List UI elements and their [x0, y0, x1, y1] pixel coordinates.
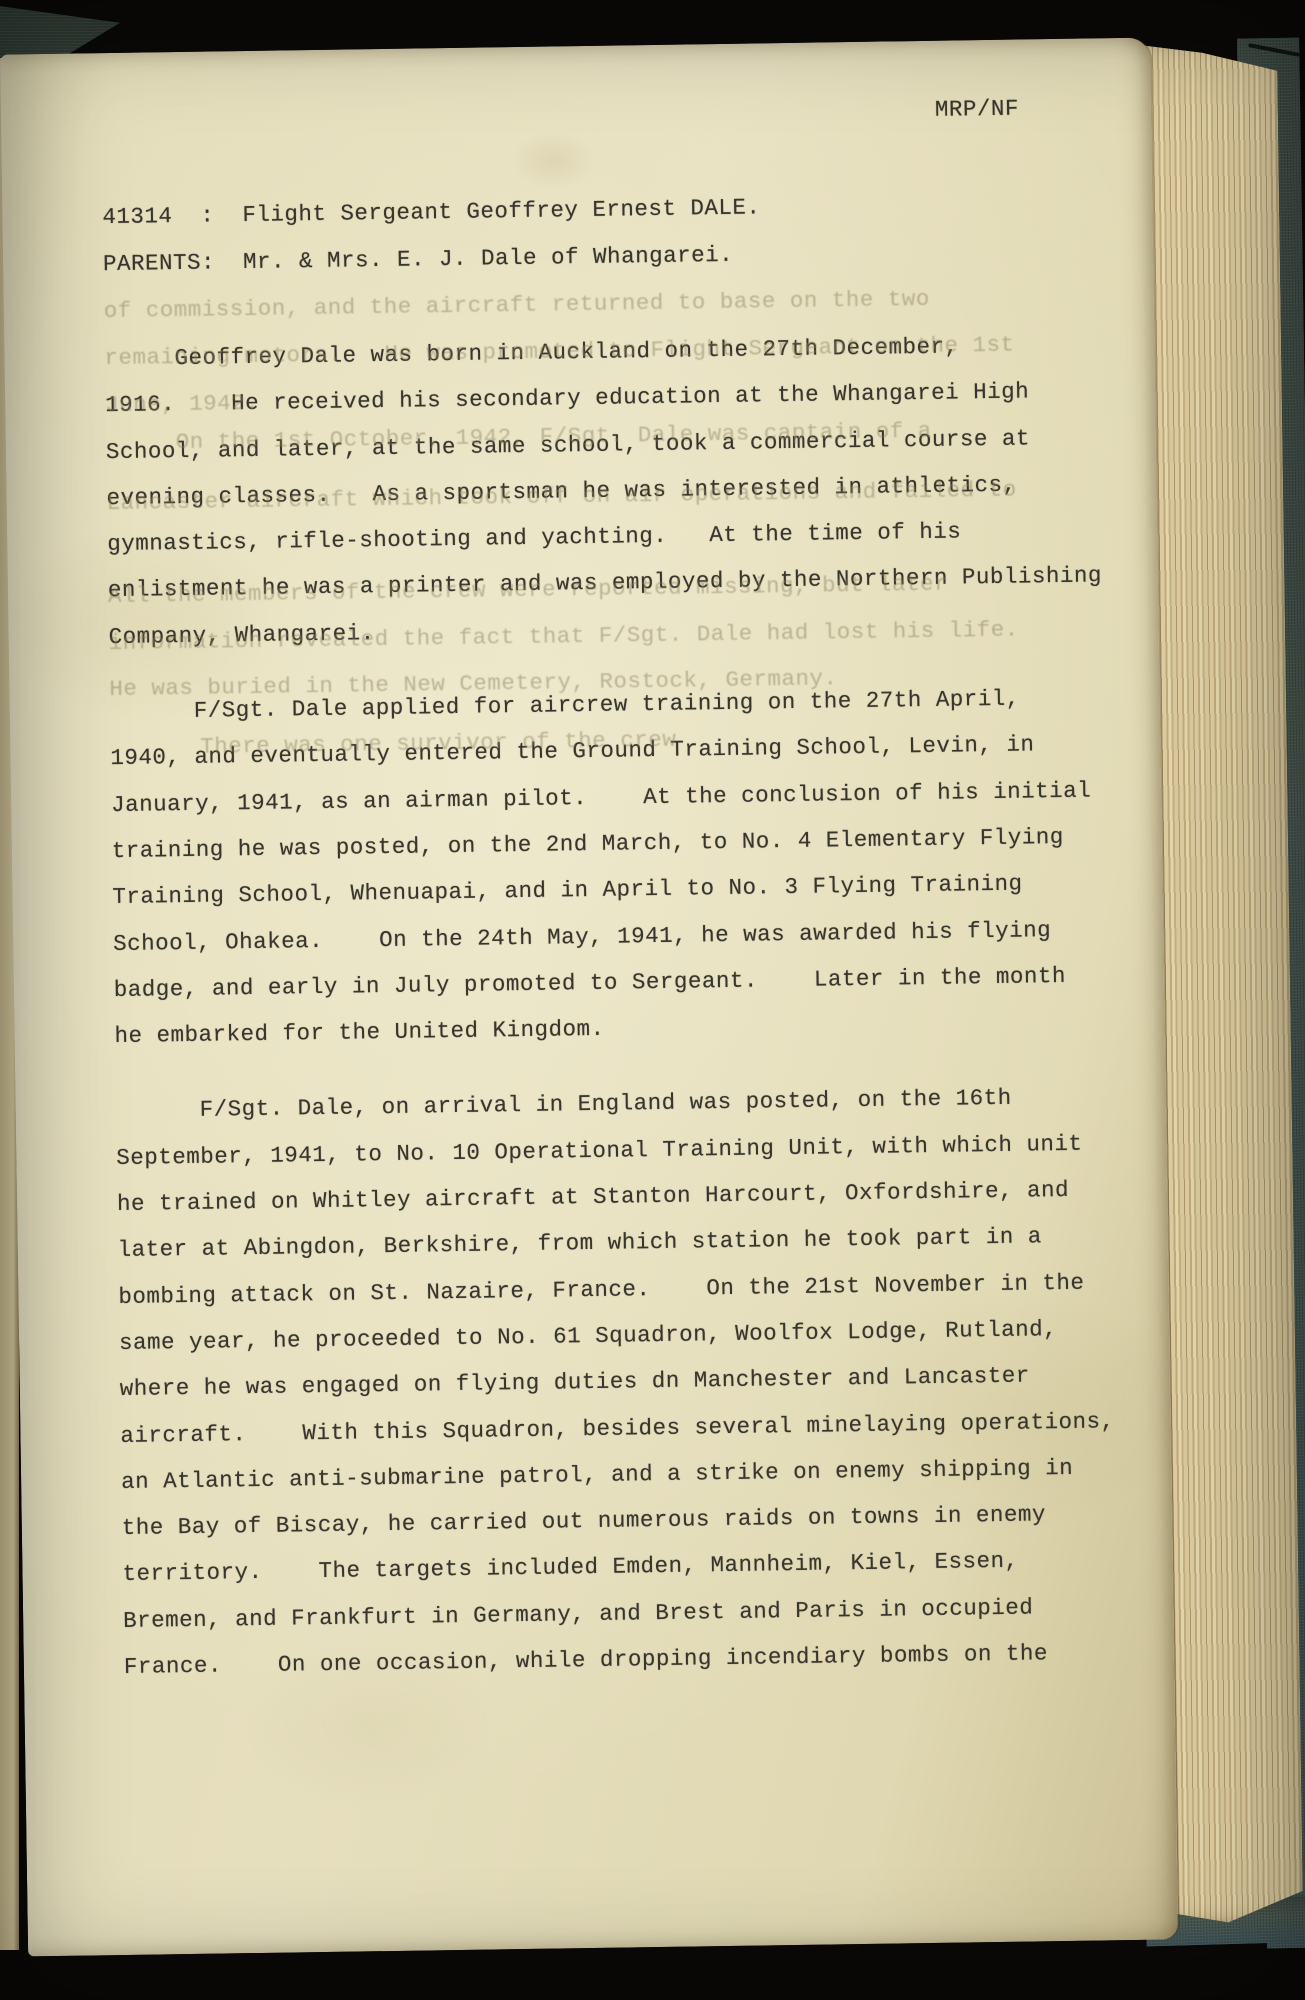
parents-line: PARENTS: Mr. & Mrs. E. J. Dale of Whanga…	[103, 242, 733, 277]
paragraphs: Geoffrey Dale was born in Auckland on th…	[104, 321, 1144, 1719]
bleed-through-text: of commission, and the aircraft returned…	[104, 286, 930, 324]
paragraph: F/Sgt. Dale, on arrival in England was p…	[115, 1073, 1144, 1690]
photograph-of-book-page: MRP/NF 41314 : Flight Sergeant Geoffrey …	[0, 0, 1305, 2000]
document-page: MRP/NF 41314 : Flight Sergeant Geoffrey …	[0, 38, 1178, 1957]
service-number-line: 41314 : Flight Sergeant Geoffrey Ernest …	[102, 194, 760, 230]
bleed-through-layer: of commission, and the aircraft returned…	[0, 38, 1150, 55]
bleed-through-text: June, 1942.	[105, 390, 259, 418]
reference-code: MRP/NF	[935, 96, 1019, 123]
